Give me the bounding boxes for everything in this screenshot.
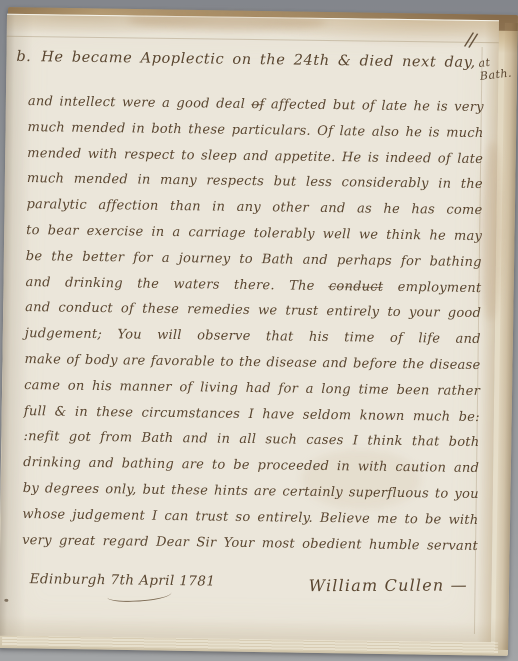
pen-flourish [107,587,171,603]
heading-annotation: at Bath. [478,54,513,83]
dateline: Edinburgh 7th April 1781 [30,571,216,589]
heading-text: He became Apoplectic on the 24th & died … [41,49,476,71]
heading-marker: b. [16,49,31,65]
manuscript-photo: ∕∕ b. He became Apoplectic on the 24th &… [0,0,518,661]
manuscript-page: ∕∕ b. He became Apoplectic on the 24th &… [0,14,499,642]
place-date-text: Edinburgh 7th April 1781 [30,571,216,589]
manuscript-line: very great regard Dear Sir Your most obe… [22,528,478,560]
signature: William Cullen — [308,575,467,595]
closing-row: Edinburgh 7th April 1781 William Cullen … [29,571,467,596]
folio-pen-slashes: ∕∕ [463,28,477,52]
ink-speck [4,599,8,602]
horizontal-crease-line [7,36,499,43]
letter-body: and intellect were a good deal o̶f̶ affe… [22,89,484,559]
heading-line: b. He became Apoplectic on the 24th & di… [16,49,486,83]
